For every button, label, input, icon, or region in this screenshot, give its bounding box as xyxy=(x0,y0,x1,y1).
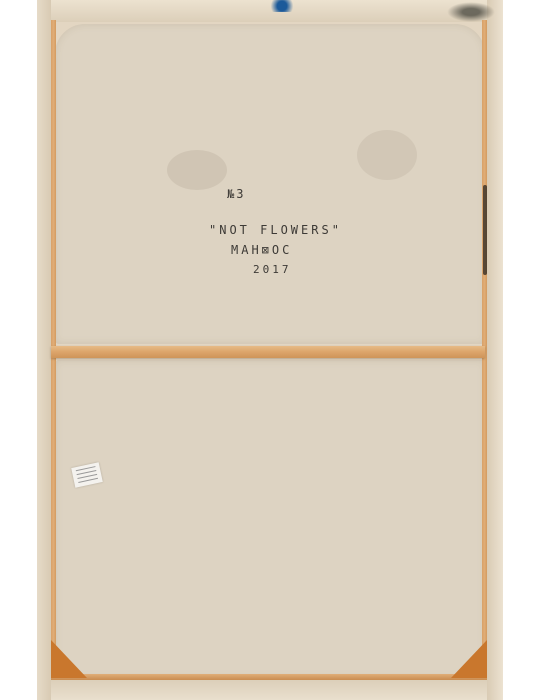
canvas-bottom-edge xyxy=(37,680,503,700)
canvas-right-edge xyxy=(487,0,503,700)
stretcher-crossbar xyxy=(51,346,485,358)
inscription-year: 2017 xyxy=(253,264,292,275)
canvas-back: №3 "NOT FLOWERS" MAH⊠OC 2017 xyxy=(37,0,503,700)
inscription-number: №3 xyxy=(227,188,245,200)
inscription-title: "NOT FLOWERS" xyxy=(209,224,342,236)
inscription-artist: MAH⊠OC xyxy=(231,244,292,256)
corner-key-bottom-left xyxy=(51,640,87,678)
blue-paint-mark xyxy=(267,0,297,12)
stain-mark xyxy=(357,130,417,180)
stretcher-bottom xyxy=(51,674,487,680)
corner-key-bottom-right xyxy=(451,640,487,678)
upper-canvas-panel xyxy=(55,24,485,344)
canvas-left-edge xyxy=(37,0,51,700)
lower-canvas-panel xyxy=(55,360,485,678)
dark-paint-mark xyxy=(447,2,495,22)
dark-streak-right xyxy=(483,185,487,275)
stain-mark xyxy=(167,150,227,190)
